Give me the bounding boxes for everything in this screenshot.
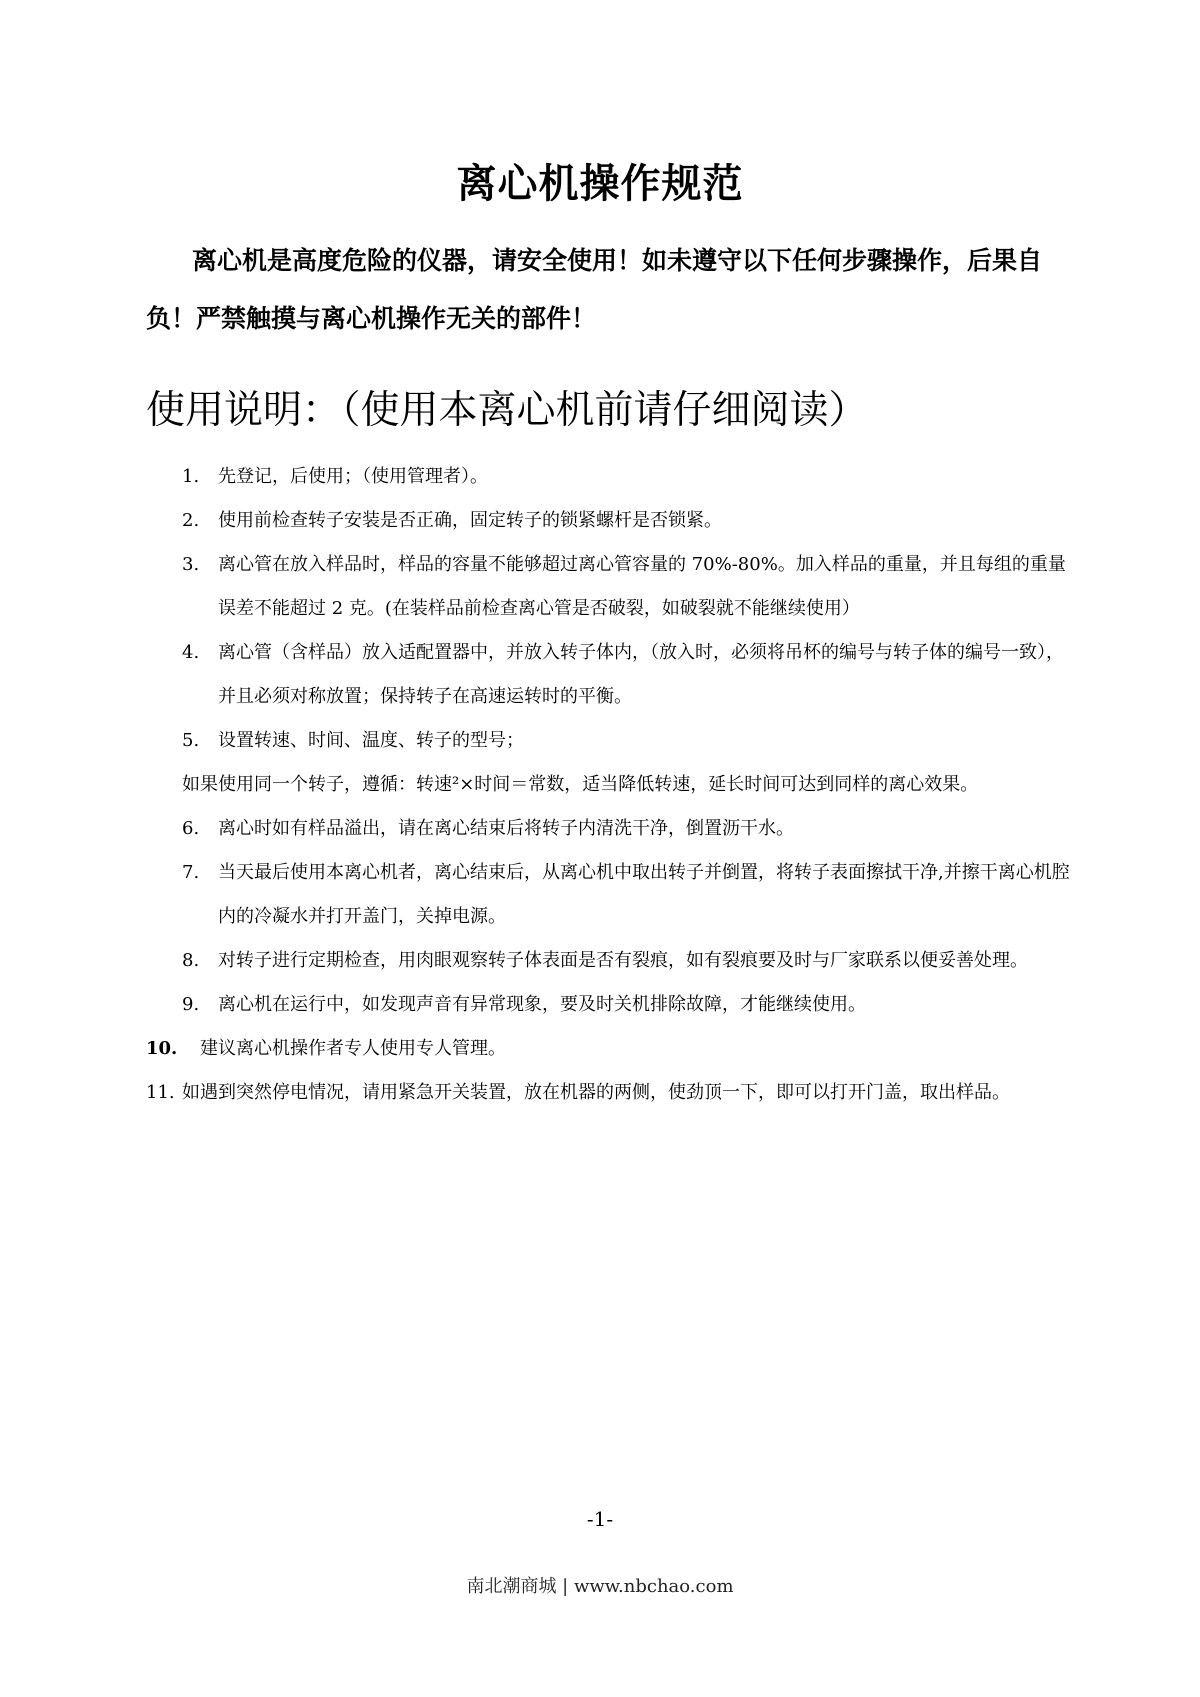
item-number: 7. (182, 851, 218, 895)
list-item: 8.对转子进行定期检查，用肉眼观察转子体表面是否有裂痕，如有裂痕要及时与厂家联系… (146, 939, 1076, 983)
item-text: 当天最后使用本离心机者，离心结束后，从离心机中取出转子并倒置，将转子表面擦拭干净… (218, 862, 1070, 927)
list-item: 1.先登记，后使用；（使用管理者）。 (146, 455, 1076, 499)
footer-source: 南北潮商城 | www.nbchao.com (0, 1572, 1200, 1598)
list-item: 11.如遇到突然停电情况，请用紧急开关装置，放在机器的两侧，使劲顶一下，即可以打… (146, 1071, 1076, 1115)
list-item: 5.设置转速、时间、温度、转子的型号； (146, 719, 1076, 763)
list-item: 10.建议离心机操作者专人使用专人管理。 (146, 1027, 1076, 1071)
item-text: 如果使用同一个转子，遵循：转速²×时间＝常数，适当降低转速，延长时间可达到同样的… (182, 774, 978, 795)
document-title: 离心机操作规范 (0, 158, 1200, 210)
item-number: 6. (182, 807, 218, 851)
instruction-list: 1.先登记，后使用；（使用管理者）。 2.使用前检查转子安装是否正确，固定转子的… (146, 455, 1076, 1115)
item-number: 10. (146, 1027, 200, 1071)
item-text: 设置转速、时间、温度、转子的型号； (218, 730, 524, 751)
item-number: 2. (182, 499, 218, 543)
list-item: 3.离心管在放入样品时，样品的容量不能够超过离心管容量的 70%-80%。加入样… (146, 543, 1076, 631)
page-number: -1- (0, 1507, 1200, 1531)
list-item: 7.当天最后使用本离心机者，离心结束后，从离心机中取出转子并倒置，将转子表面擦拭… (146, 851, 1076, 939)
item-text: 离心管（含样品）放入适配置器中，并放入转子体内，（放入时，必须将吊杯的编号与转子… (218, 642, 1064, 707)
list-item: 2.使用前检查转子安装是否正确，固定转子的锁紧螺杆是否锁紧。 (146, 499, 1076, 543)
item-text: 如遇到突然停电情况，请用紧急开关装置，放在机器的两侧，使劲顶一下，即可以打开门盖… (182, 1082, 1010, 1103)
item-text: 建议离心机操作者专人使用专人管理。 (200, 1038, 506, 1059)
safety-warning: 离心机是高度危险的仪器，请安全使用！如未遵守以下任何步骤操作，后果自负！严禁触摸… (146, 232, 1076, 348)
section-heading: 使用说明：（使用本离心机前请仔细阅读） (146, 385, 1106, 437)
item-number: 1. (182, 455, 218, 499)
document-page: 离心机操作规范 离心机是高度危险的仪器，请安全使用！如未遵守以下任何步骤操作，后… (0, 0, 1200, 1697)
item-number: 5. (182, 719, 218, 763)
item-text: 使用前检查转子安装是否正确，固定转子的锁紧螺杆是否锁紧。 (218, 510, 722, 531)
item-text: 离心机在运行中，如发现声音有异常现象，要及时关机排除故障，才能继续使用。 (218, 994, 866, 1015)
item-text: 先登记，后使用；（使用管理者）。 (218, 466, 488, 487)
item-number: 8. (182, 939, 218, 983)
item-number: 4. (182, 631, 218, 675)
item-text: 离心时如有样品溢出，请在离心结束后将转子内清洗干净，倒置沥干水。 (218, 818, 794, 839)
item-number: 9. (182, 983, 218, 1027)
list-item: 4.离心管（含样品）放入适配置器中，并放入转子体内，（放入时，必须将吊杯的编号与… (146, 631, 1076, 719)
item-text: 对转子进行定期检查，用肉眼观察转子体表面是否有裂痕，如有裂痕要及时与厂家联系以便… (218, 950, 1028, 971)
item-text: 离心管在放入样品时，样品的容量不能够超过离心管容量的 70%-80%。加入样品的… (218, 554, 1066, 619)
item-number: 3. (182, 543, 218, 587)
list-item: 6.离心时如有样品溢出，请在离心结束后将转子内清洗干净，倒置沥干水。 (146, 807, 1076, 851)
list-item: 9.离心机在运行中，如发现声音有异常现象，要及时关机排除故障，才能继续使用。 (146, 983, 1076, 1027)
list-item-note: 如果使用同一个转子，遵循：转速²×时间＝常数，适当降低转速，延长时间可达到同样的… (146, 763, 1076, 807)
item-number: 11. (146, 1071, 182, 1115)
